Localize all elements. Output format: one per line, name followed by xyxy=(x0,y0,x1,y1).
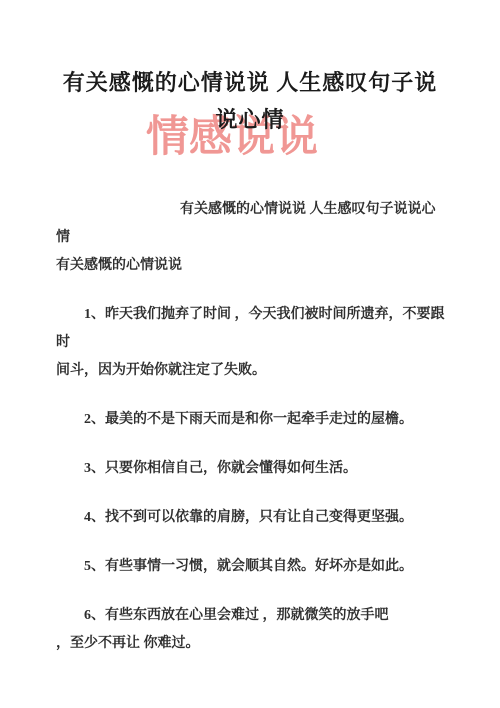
quote-line: 6、有些东西放在心里会难过 ，那就微笑的放手吧 xyxy=(56,602,456,630)
quote-item-1: 1、昨天我们抛弃了时间 ，今天我们被时间所遗弃，不要跟时 间斗，因为开始你就注定… xyxy=(56,301,456,385)
quote-item-4: 4、找不到可以依靠的肩膀，只有让自己变得更坚强。 xyxy=(56,504,456,532)
quote-line: 间斗，因为开始你就注定了失败。 xyxy=(56,357,456,385)
intro-paragraph: 有关感慨的心情说说 人生感叹句子说说心 情 xyxy=(56,196,456,252)
quote-item-3: 3、只要你相信自己，你就会懂得如何生活。 xyxy=(56,455,456,483)
quote-line: 5、有些事情一习惯，就会顺其自然。好坏亦是如此。 xyxy=(56,553,456,581)
document-title-line-2: 说心情 xyxy=(0,101,500,138)
quote-item-6: 6、有些东西放在心里会难过 ，那就微笑的放手吧 ，至少不再让 你难过。 xyxy=(56,602,456,658)
quote-line: 2、最美的不是下雨天而是和你一起牵手走过的屋檐。 xyxy=(56,406,456,434)
quote-line: 3、只要你相信自己，你就会懂得如何生活。 xyxy=(56,455,456,483)
quote-line: 1、昨天我们抛弃了时间 ，今天我们被时间所遗弃，不要跟时 xyxy=(56,301,456,357)
section-heading: 有关感慨的心情说说 xyxy=(56,252,456,280)
document-body: 有关感慨的心情说说 人生感叹句子说说心 情 有关感慨的心情说说 1、昨天我们抛弃… xyxy=(0,196,500,658)
intro-line-2: 情 xyxy=(56,224,456,252)
intro-line-1: 有关感慨的心情说说 人生感叹句子说说心 xyxy=(56,196,456,224)
document-title-line-1: 有关感慨的心情说说 人生感叹句子说 xyxy=(0,64,500,101)
quote-item-5: 5、有些事情一习惯，就会顺其自然。好坏亦是如此。 xyxy=(56,553,456,581)
quote-item-2: 2、最美的不是下雨天而是和你一起牵手走过的屋檐。 xyxy=(56,406,456,434)
document-page: 有关感慨的心情说说 人生感叹句子说 说心情 情感说说 有关感慨的心情说说 人生感… xyxy=(0,0,500,708)
quote-line: ，至少不再让 你难过。 xyxy=(56,630,456,658)
document-title: 有关感慨的心情说说 人生感叹句子说 说心情 xyxy=(0,0,500,138)
quote-line: 4、找不到可以依靠的肩膀，只有让自己变得更坚强。 xyxy=(56,504,456,532)
